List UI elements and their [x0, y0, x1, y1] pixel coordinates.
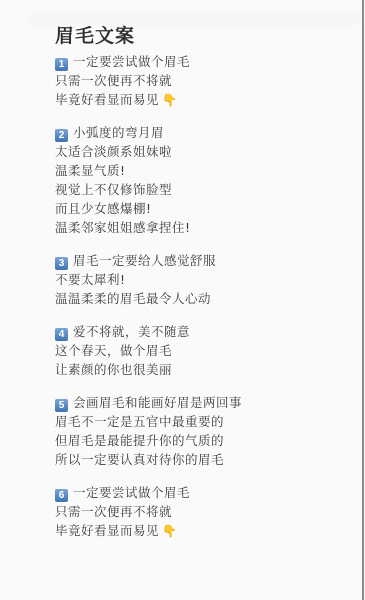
section-2: 2小弧度的弯月眉 太适合淡颜系姐妹啦 温柔显气质! 视觉上不仅修饰脸型 而且少女…	[55, 123, 355, 237]
number-2-badge-icon: 2	[55, 129, 68, 142]
line-text: 只需一次便再不将就	[55, 71, 355, 90]
line-text: 爱不将就，美不随意	[73, 324, 190, 339]
document: 眉毛文案 1一定要尝试做个眉毛 只需一次便再不将就 毕竟好看显而易见👇 2小弧度…	[55, 24, 355, 554]
number-6-badge-icon: 6	[55, 489, 68, 502]
section-4: 4爱不将就，美不随意 这个春天，做个眉毛 让素颜的你也很美丽	[55, 322, 355, 379]
number-5-badge-icon: 5	[55, 399, 68, 412]
section-3: 3眉毛一定要给人感觉舒服 不要太犀利! 温温柔柔的眉毛最令人心动	[55, 251, 355, 308]
line-text: 温柔邻家姐姐感拿捏住!	[55, 218, 355, 237]
line-text: 一定要尝试做个眉毛	[73, 54, 190, 69]
line-text: 这个春天，做个眉毛	[55, 341, 355, 360]
line-text: 一定要尝试做个眉毛	[73, 485, 190, 500]
line-text: 温柔显气质!	[55, 161, 355, 180]
line-text: 不要太犀利!	[55, 270, 355, 289]
line-text: 但眉毛是最能提升你的气质的	[55, 431, 355, 450]
line-with-emoji: 毕竟好看显而易见👇	[55, 90, 355, 109]
line-text: 只需一次便再不将就	[55, 502, 355, 521]
line-text: 视觉上不仅修饰脸型	[55, 180, 355, 199]
line-text: 太适合淡颜系姐妹啦	[55, 142, 355, 161]
pointing-down-emoji-icon: 👇	[162, 524, 177, 538]
line-text: 小弧度的弯月眉	[73, 125, 164, 140]
right-edge-line	[362, 0, 364, 600]
section-6: 6一定要尝试做个眉毛 只需一次便再不将就 毕竟好看显而易见👇	[55, 483, 355, 540]
line-text: 温温柔柔的眉毛最令人心动	[55, 289, 355, 308]
number-1-badge-icon: 1	[55, 58, 68, 71]
page-title: 眉毛文案	[55, 24, 355, 48]
line-text: 眉毛不一定是五官中最重要的	[55, 412, 355, 431]
number-3-badge-icon: 3	[55, 257, 68, 270]
section-1: 1一定要尝试做个眉毛 只需一次便再不将就 毕竟好看显而易见👇	[55, 52, 355, 109]
line-text: 毕竟好看显而易见	[55, 92, 159, 107]
section-heading: 5会画眉毛和能画好眉是两回事	[55, 393, 355, 412]
section-heading: 3眉毛一定要给人感觉舒服	[55, 251, 355, 270]
line-text: 而且少女感爆棚!	[55, 199, 355, 218]
line-with-emoji: 毕竟好看显而易见👇	[55, 521, 355, 540]
pointing-down-emoji-icon: 👇	[162, 93, 177, 107]
section-heading: 4爱不将就，美不随意	[55, 322, 355, 341]
line-text: 所以一定要认真对待你的眉毛	[55, 450, 355, 469]
section-heading: 6一定要尝试做个眉毛	[55, 483, 355, 502]
line-text: 毕竟好看显而易见	[55, 523, 159, 538]
line-text: 让素颜的你也很美丽	[55, 360, 355, 379]
number-4-badge-icon: 4	[55, 328, 68, 341]
section-5: 5会画眉毛和能画好眉是两回事 眉毛不一定是五官中最重要的 但眉毛是最能提升你的气…	[55, 393, 355, 469]
section-heading: 2小弧度的弯月眉	[55, 123, 355, 142]
section-heading: 1一定要尝试做个眉毛	[55, 52, 355, 71]
line-text: 眉毛一定要给人感觉舒服	[73, 253, 216, 268]
line-text: 会画眉毛和能画好眉是两回事	[73, 395, 242, 410]
